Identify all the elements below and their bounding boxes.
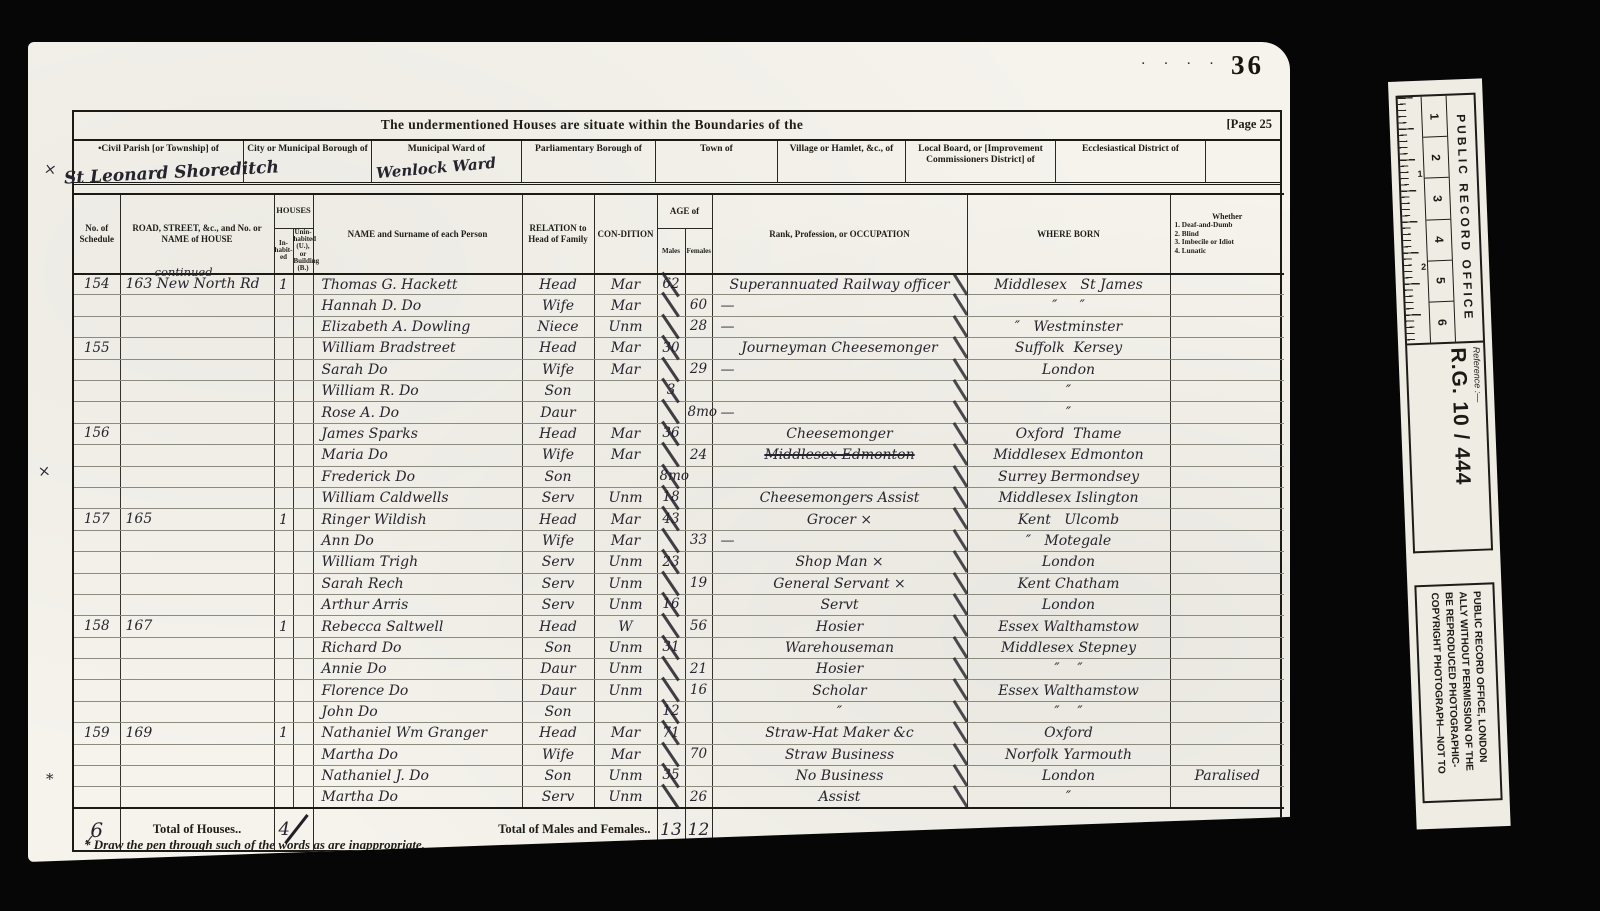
form-frame: The undermentioned Houses are situate wi… [72, 110, 1282, 852]
header-table-gap [74, 185, 1280, 193]
cell-person-name: Richard Do [313, 637, 522, 658]
pro-reference-strip: 1 2 1 2 3 4 5 6 PUBLIC RECORD OFFICE R.G… [1388, 78, 1511, 829]
col-males: Males [657, 228, 685, 274]
cell-condition: Unm [594, 552, 657, 573]
ruler-number: 2 [1421, 262, 1426, 272]
cell-person-name: Sarah Do [313, 359, 522, 380]
cell-houses-uninhabited [293, 359, 313, 380]
cell-age-female: 60 [685, 295, 712, 316]
cell-disability-remark [1170, 787, 1284, 808]
cell-person-name: Ann Do [313, 530, 522, 551]
cell-houses-inhabited [274, 338, 293, 359]
cell-person-name: Ringer Wildish [313, 509, 522, 530]
cell-where-born: Middlesex Islington [967, 487, 1170, 508]
cell-houses-uninhabited [293, 466, 313, 487]
cell-person-name: John Do [313, 701, 522, 722]
cell-where-born: ″ Motegale [967, 530, 1170, 551]
footnote-text: * Draw the pen through such of the words… [84, 837, 425, 853]
table-row: Frederick Do Son 8mo Surrey Bermondsey [74, 466, 1284, 487]
cell-occupation: — [712, 359, 967, 380]
scale-number: 3 [1425, 178, 1451, 220]
cell-occupation: ″ [712, 701, 967, 722]
table-row: Richard Do Son Unm 31 Warehouseman Middl… [74, 637, 1284, 658]
cell-houses-inhabited [274, 594, 293, 615]
cell-relation: Son [522, 637, 594, 658]
road-house-text: 167 [126, 618, 153, 634]
cell-houses-uninhabited [293, 701, 313, 722]
field-label: Parliamentary Borough of [535, 144, 642, 154]
cell-occupation [712, 466, 967, 487]
cell-age-female [685, 487, 712, 508]
cell-schedule-number [74, 680, 120, 701]
cell-person-name: William Trigh [313, 552, 522, 573]
cell-relation: Serv [522, 487, 594, 508]
cell-where-born: London [967, 594, 1170, 615]
cell-age-female: 19 [685, 573, 712, 594]
cell-schedule-number [74, 766, 120, 787]
cell-age-female [685, 552, 712, 573]
cell-schedule-number: 155 [74, 338, 120, 359]
locality-header-row: •Civil Parish [or Township] of St Leonar… [74, 139, 1280, 185]
col-where-born: WHERE BORN [967, 194, 1170, 274]
cell-road-house [120, 402, 274, 423]
cell-condition: Mar [594, 295, 657, 316]
cell-where-born: ″ ″ [967, 659, 1170, 680]
cell-condition: Mar [594, 274, 657, 295]
cell-relation: Son [522, 701, 594, 722]
cell-road-house [120, 594, 274, 615]
cell-condition: W [594, 616, 657, 637]
cell-disability-remark [1170, 423, 1284, 444]
cell-disability-remark [1170, 744, 1284, 765]
table-row: John Do Son 12 ″ ″ ″ [74, 701, 1284, 722]
cell-schedule-number [74, 466, 120, 487]
cell-occupation: General Servant × [712, 573, 967, 594]
table-row: Martha Do Serv Unm 26 Assist ″ [74, 787, 1284, 808]
cell-condition: Mar [594, 530, 657, 551]
cell-houses-uninhabited [293, 316, 313, 337]
cell-age-female: 29 [685, 359, 712, 380]
cell-occupation: Straw-Hat Maker &c [712, 723, 967, 744]
cell-where-born: ″ [967, 787, 1170, 808]
cell-condition: Unm [594, 787, 657, 808]
cell-disability-remark [1170, 552, 1284, 573]
tally-check-marks: ✓ ✓ [684, 841, 732, 859]
cell-occupation: Warehouseman [712, 637, 967, 658]
table-row: Arthur Arris Serv Unm 16 Servt London [74, 594, 1284, 615]
cell-person-name: Maria Do [313, 445, 522, 466]
cell-condition: Unm [594, 594, 657, 615]
scale-number: 4 [1426, 219, 1452, 261]
cell-houses-inhabited [274, 445, 293, 466]
cell-houses-uninhabited [293, 445, 313, 466]
cell-houses-uninhabited [293, 637, 313, 658]
cell-road-house: 165 [120, 509, 274, 530]
cell-relation: Niece [522, 316, 594, 337]
cell-person-name: Rose A. Do [313, 402, 522, 423]
cell-schedule-number [74, 787, 120, 808]
field-label: Ecclesiastical District of [1082, 144, 1179, 154]
cell-disability-remark [1170, 616, 1284, 637]
footer-empty-cell [712, 808, 1284, 850]
cell-where-born: ″ ″ [967, 295, 1170, 316]
road-continued-note: continued [155, 267, 213, 279]
cell-age-female: 24 [685, 445, 712, 466]
cell-condition: Mar [594, 509, 657, 530]
col-relation: RELATION to Head of Family [522, 194, 594, 274]
cell-schedule-number [74, 295, 120, 316]
cell-road-house: 167 [120, 616, 274, 637]
cell-disability-remark [1170, 701, 1284, 722]
cell-condition: Unm [594, 487, 657, 508]
cell-occupation: Assist [712, 787, 967, 808]
cell-schedule-number: 154 [74, 274, 120, 295]
table-row: Elizabeth A. Dowling Niece Unm 28 — ″ We… [74, 316, 1284, 337]
cell-age-female: 70 [685, 744, 712, 765]
cell-age-female [685, 381, 712, 402]
cell-schedule-number [74, 594, 120, 615]
cell-disability-remark [1170, 445, 1284, 466]
cell-person-name: Sarah Rech [313, 573, 522, 594]
cell-houses-inhabited [274, 530, 293, 551]
cell-age-female: 28 [685, 316, 712, 337]
cell-person-name: Martha Do [313, 787, 522, 808]
census-table-body: 154 continued 163 New North Rd 1 Thomas … [74, 274, 1284, 809]
margin-ink-mark: * [46, 770, 54, 788]
cell-relation: Serv [522, 594, 594, 615]
cell-occupation [712, 381, 967, 402]
cell-houses-inhabited: 1 [274, 509, 293, 530]
cell-houses-uninhabited [293, 766, 313, 787]
cell-schedule-number [74, 402, 120, 423]
cell-where-born: London [967, 359, 1170, 380]
cell-where-born: Essex Walthamstow [967, 616, 1170, 637]
cell-age-female [685, 637, 712, 658]
census-table: No. of Schedule ROAD, STREET, &c., and N… [74, 193, 1284, 850]
cell-houses-uninhabited [293, 402, 313, 423]
cell-houses-uninhabited [293, 680, 313, 701]
col-females: Females [685, 228, 712, 274]
cell-houses-uninhabited [293, 744, 313, 765]
cell-houses-uninhabited [293, 552, 313, 573]
cell-occupation: Scholar [712, 680, 967, 701]
cell-where-born: ″ [967, 402, 1170, 423]
cell-road-house: 169 [120, 723, 274, 744]
cell-houses-uninhabited [293, 381, 313, 402]
cell-age-female: 26 [685, 787, 712, 808]
cell-houses-inhabited [274, 787, 293, 808]
cell-houses-uninhabited [293, 509, 313, 530]
folio-number: 36 [1231, 50, 1264, 80]
cell-disability-remark [1170, 723, 1284, 744]
field-ecclesiastical-district: Ecclesiastical District of [1056, 141, 1206, 182]
total-females-cell: 12 [685, 808, 712, 850]
table-row: Nathaniel J. Do Son Unm 35 No Business L… [74, 766, 1284, 787]
table-row: William Trigh Serv Unm 23 Shop Man × Lon… [74, 552, 1284, 573]
cell-disability-remark [1170, 594, 1284, 615]
cell-disability-remark [1170, 659, 1284, 680]
cell-condition: Mar [594, 359, 657, 380]
cell-houses-inhabited [274, 295, 293, 316]
cell-occupation: Servt [712, 594, 967, 615]
sheet-label: Eng– Sheet E. [1160, 839, 1254, 855]
table-row: Annie Do Daur Unm 21 Hosier ″ ″ [74, 659, 1284, 680]
cell-schedule-number [74, 744, 120, 765]
cell-age-female [685, 423, 712, 444]
scale-number: 1 [1422, 96, 1448, 138]
cell-where-born: Oxford [967, 723, 1170, 744]
cell-occupation: Shop Man × [712, 552, 967, 573]
cell-condition: Unm [594, 659, 657, 680]
cell-houses-uninhabited [293, 295, 313, 316]
cell-relation: Head [522, 338, 594, 359]
cell-occupation: Middlesex Edmonton [712, 445, 967, 466]
cell-road-house [120, 295, 274, 316]
cell-occupation: Straw Business [712, 744, 967, 765]
cell-road-house [120, 701, 274, 722]
cell-age-female [685, 338, 712, 359]
cell-road-house [120, 552, 274, 573]
col-name: NAME and Surname of each Person [313, 194, 522, 274]
col-inhabited: In-habit-ed [274, 228, 293, 274]
cell-where-born: ″ ″ [967, 701, 1170, 722]
cell-occupation: — [712, 316, 967, 337]
cell-relation: Wife [522, 744, 594, 765]
table-row: 156 James Sparks Head Mar 36 Cheesemonge… [74, 423, 1284, 444]
page-number-label: [Page 25 [1227, 117, 1272, 132]
cell-person-name: James Sparks [313, 423, 522, 444]
cell-condition: Unm [594, 316, 657, 337]
cell-relation: Wife [522, 359, 594, 380]
cell-age-female: 16 [685, 680, 712, 701]
cell-schedule-number: 157 [74, 509, 120, 530]
cell-where-born: London [967, 552, 1170, 573]
cell-where-born: ″ [967, 381, 1170, 402]
cell-person-name: William Caldwells [313, 487, 522, 508]
cell-condition: Unm [594, 680, 657, 701]
cell-houses-inhabited [274, 359, 293, 380]
cell-road-house [120, 316, 274, 337]
field-parliamentary-borough: Parliamentary Borough of [522, 141, 656, 182]
cell-person-name: Frederick Do [313, 466, 522, 487]
cell-relation: Wife [522, 445, 594, 466]
cell-road-house [120, 445, 274, 466]
cell-houses-inhabited [274, 552, 293, 573]
cell-houses-inhabited [274, 316, 293, 337]
cell-occupation: Hosier [712, 616, 967, 637]
scale-number: 6 [1429, 302, 1455, 343]
cell-relation: Wife [522, 530, 594, 551]
cell-disability-remark [1170, 637, 1284, 658]
col-schedule: No. of Schedule [74, 194, 120, 274]
cell-houses-uninhabited [293, 274, 313, 295]
cell-schedule-number [74, 381, 120, 402]
cell-condition [594, 701, 657, 722]
cell-occupation: — [712, 295, 967, 316]
cell-road-house [120, 787, 274, 808]
cell-schedule-number [74, 573, 120, 594]
field-filler [1206, 141, 1280, 182]
cell-road-house [120, 744, 274, 765]
cell-age-female [685, 466, 712, 487]
census-page-scan: × × * · · · ·36 The undermentioned House… [28, 42, 1290, 862]
cell-houses-uninhabited [293, 423, 313, 444]
cell-houses-uninhabited [293, 616, 313, 637]
cell-occupation: Grocer × [712, 509, 967, 530]
cell-road-house [120, 423, 274, 444]
cell-schedule-number: 158 [74, 616, 120, 637]
cell-road-house [120, 466, 274, 487]
cell-relation: Serv [522, 552, 594, 573]
cell-condition: Unm [594, 766, 657, 787]
folio-number-stamp: · · · ·36 [1141, 50, 1264, 81]
cell-road-house [120, 573, 274, 594]
cell-occupation: Journeyman Cheesemonger [712, 338, 967, 359]
cell-houses-inhabited [274, 402, 293, 423]
margin-ink-mark: × [43, 159, 58, 179]
field-civil-parish: •Civil Parish [or Township] of St Leonar… [74, 141, 244, 182]
cell-houses-uninhabited [293, 487, 313, 508]
table-row: Sarah Rech Serv Unm 19 General Servant ×… [74, 573, 1284, 594]
cell-houses-inhabited [274, 487, 293, 508]
col-uninhabited: Unin-habited (U.), or Building (B.) [293, 228, 313, 274]
cell-occupation: Superannuated Railway officer [712, 274, 967, 295]
cell-schedule-number [74, 637, 120, 658]
cell-relation: Serv [522, 573, 594, 594]
cell-road-house [120, 381, 274, 402]
cell-disability-remark [1170, 487, 1284, 508]
cell-age-female [685, 509, 712, 530]
cell-age-female [685, 274, 712, 295]
cell-houses-uninhabited [293, 338, 313, 359]
cell-disability-remark: Paralised [1170, 766, 1284, 787]
cell-age-female [685, 701, 712, 722]
cell-condition: Mar [594, 744, 657, 765]
cell-where-born: Middlesex Stepney [967, 637, 1170, 658]
cell-road-house [120, 680, 274, 701]
cell-occupation: Cheesemongers Assist [712, 487, 967, 508]
road-house-text: 169 [126, 725, 153, 741]
cell-houses-inhabited [274, 659, 293, 680]
cell-condition [594, 466, 657, 487]
cell-person-name: Martha Do [313, 744, 522, 765]
col-age: AGE of [657, 194, 712, 228]
cell-houses-inhabited [274, 381, 293, 402]
margin-ink-mark: × [37, 461, 51, 480]
cell-road-house [120, 487, 274, 508]
cell-road-house [120, 338, 274, 359]
scale-number: 2 [1423, 137, 1449, 179]
cell-houses-inhabited [274, 680, 293, 701]
cell-houses-inhabited [274, 766, 293, 787]
cell-age-female: 8mo [685, 402, 712, 423]
cell-houses-inhabited [274, 573, 293, 594]
table-row: 159 169 1 Nathaniel Wm Granger Head Mar … [74, 723, 1284, 744]
cell-road-house [120, 530, 274, 551]
cell-where-born: Middlesex Edmonton [967, 445, 1170, 466]
cell-schedule-number: 156 [74, 423, 120, 444]
cell-occupation: Cheesemonger [712, 423, 967, 444]
table-row: Rose A. Do Daur 8mo — ″ [74, 402, 1284, 423]
cell-person-name: Arthur Arris [313, 594, 522, 615]
cell-road-house: continued 163 New North Rd [120, 274, 274, 295]
field-label: Town of [700, 144, 733, 154]
cell-person-name: Rebecca Saltwell [313, 616, 522, 637]
cell-person-name: Annie Do [313, 659, 522, 680]
cell-person-name: Elizabeth A. Dowling [313, 316, 522, 337]
cell-person-name: Nathaniel Wm Granger [313, 723, 522, 744]
stamp-dots: · · · · [1141, 56, 1221, 72]
cell-houses-inhabited [274, 701, 293, 722]
col-houses: HOUSES [274, 194, 313, 228]
cell-age-female: 33 [685, 530, 712, 551]
table-row: William Caldwells Serv Unm 18 Cheesemong… [74, 487, 1284, 508]
col-condition: CON-DITION [594, 194, 657, 274]
cell-schedule-number [74, 552, 120, 573]
table-row: William R. Do Son 3 ″ [74, 381, 1284, 402]
form-title: The undermentioned Houses are situate wi… [74, 117, 1110, 133]
cell-schedule-number [74, 445, 120, 466]
cell-disability-remark [1170, 295, 1284, 316]
cell-age-female: 56 [685, 616, 712, 637]
table-row: Sarah Do Wife Mar 29 — London [74, 359, 1284, 380]
cell-houses-uninhabited [293, 573, 313, 594]
cell-disability-remark [1170, 316, 1284, 337]
cell-age-female [685, 766, 712, 787]
cell-relation: Son [522, 766, 594, 787]
ruler-number: 1 [1417, 169, 1422, 179]
cell-relation: Son [522, 466, 594, 487]
cell-disability-remark [1170, 338, 1284, 359]
office-name: PUBLIC RECORD OFFICE [1454, 114, 1476, 322]
cell-houses-inhabited [274, 423, 293, 444]
cell-relation: Head [522, 423, 594, 444]
scale-number: 5 [1428, 260, 1454, 302]
cell-disability-remark [1170, 381, 1284, 402]
cell-where-born: Norfolk Yarmouth [967, 744, 1170, 765]
copyright-box: COPYRIGHT PHOTOGRAPH—NOT TO BE REPRODUCE… [1414, 582, 1502, 803]
cell-disability-remark [1170, 402, 1284, 423]
cell-where-born: ″ Westminster [967, 316, 1170, 337]
cell-houses-uninhabited [293, 594, 313, 615]
cell-occupation: — [712, 530, 967, 551]
cell-schedule-number [74, 359, 120, 380]
cell-houses-uninhabited [293, 787, 313, 808]
table-row: Martha Do Wife Mar 70 Straw Business Nor… [74, 744, 1284, 765]
cell-where-born: Kent Ulcomb [967, 509, 1170, 530]
cell-where-born: London [967, 766, 1170, 787]
cell-condition [594, 402, 657, 423]
cell-relation: Son [522, 381, 594, 402]
cell-road-house [120, 659, 274, 680]
table-row: Florence Do Daur Unm 16 Scholar Essex Wa… [74, 680, 1284, 701]
road-house-text: 165 [126, 511, 153, 527]
disability-option: 4. Lunatic [1172, 247, 1284, 256]
cell-disability-remark [1170, 509, 1284, 530]
field-label: City or Municipal Borough of [247, 144, 368, 154]
cell-person-name: Nathaniel J. Do [313, 766, 522, 787]
cell-disability-remark [1170, 359, 1284, 380]
cell-relation: Daur [522, 402, 594, 423]
cell-houses-uninhabited [293, 723, 313, 744]
cell-schedule-number [74, 487, 120, 508]
cell-schedule-number [74, 316, 120, 337]
cell-road-house [120, 766, 274, 787]
cell-houses-inhabited [274, 637, 293, 658]
cell-where-born: Surrey Bermondsey [967, 466, 1170, 487]
cell-disability-remark [1170, 530, 1284, 551]
table-row: 154 continued 163 New North Rd 1 Thomas … [74, 274, 1284, 295]
